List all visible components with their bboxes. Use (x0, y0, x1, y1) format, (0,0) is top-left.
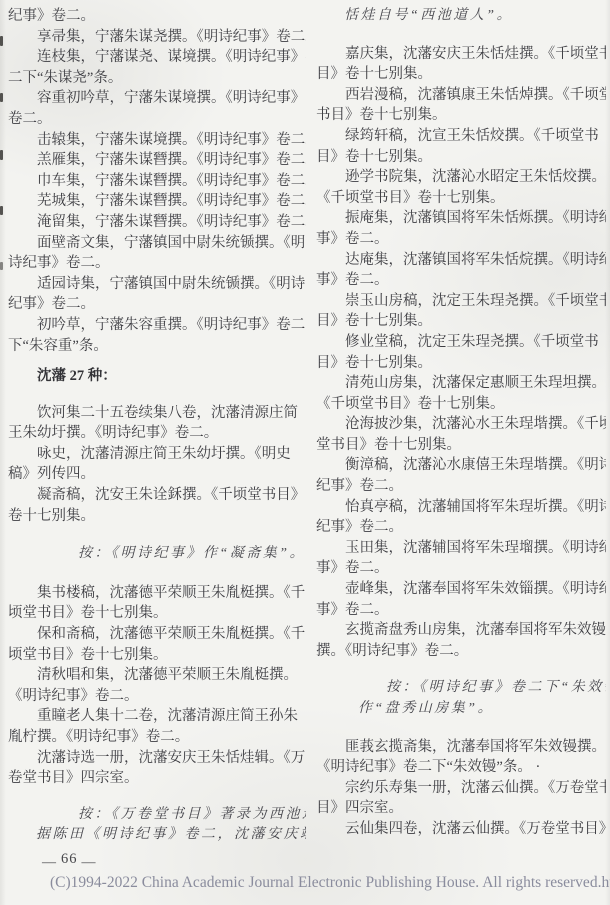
text-line: 书目》卷十七别集。 (316, 105, 606, 126)
annotation-line: 据陈田《明诗纪事》卷二，沈藩安庆端懿王 (8, 825, 306, 846)
text-line: 《明诗纪事》卷二。 (8, 686, 306, 707)
text-line: 《明诗纪事》卷二下“朱效镘”条。 · (316, 757, 606, 778)
text-line: 纪事》卷二。 (316, 517, 606, 538)
text-line: 修业堂稿，沈定王朱珵尧撰。《千顷堂书 (316, 332, 606, 353)
text-line: 沧海披沙集，沈藩沁水王朱珵堦撰。《千顷 (316, 414, 606, 435)
text-line: 事》卷二。 (316, 600, 606, 621)
text-line: 《千顷堂书目》卷十七别集。 (316, 188, 606, 209)
scan-artifact (0, 93, 3, 102)
text-line: 振庵集，沈藩镇国将军朱恬烁撰。《明诗纪 (316, 208, 606, 229)
text-line: 咏史，沈藩清源庄简王朱幼圩撰。《明史 (8, 444, 306, 465)
text-line: 撰。《明诗纪事》卷二。 (316, 641, 606, 662)
text-line: 目》四宗室。 (316, 798, 606, 819)
text-line: 顷堂书目》卷十七别集。 (8, 645, 306, 666)
text-line: 沈藩诗选一册，沈藩安庆王朱恬烓辑。《万 (8, 748, 306, 769)
text-line: 卷堂书目》四宗室。 (8, 768, 306, 789)
scan-artifact (0, 262, 3, 270)
text-line: 饮河集二十五卷续集八卷，沈藩清源庄简 (8, 403, 306, 424)
text-line: 纪事》卷二。 (8, 294, 306, 315)
text-line: 卷二。 (8, 109, 306, 130)
text-line: 面壁斋文集，宁藩镇国中尉朱统锧撰。《明 (8, 233, 306, 254)
text-line: 目》卷十七别集。 (316, 311, 606, 332)
text-line: 事》卷二。 (316, 270, 606, 291)
text-line: 初吟草，宁藩朱容重撰。《明诗纪事》卷二 (8, 315, 306, 336)
text-line: 下“朱容重”条。 (8, 336, 306, 357)
page-number: —66— (38, 855, 101, 872)
text-line: 壶峰集，沈藩奉国将军朱效锱撰。《明诗纪 (316, 579, 606, 600)
text-line: 重瞳老人集十二卷，沈藩清源庄简王孙朱 (8, 706, 306, 727)
text-line: 云仙集四卷，沈藩云仙撰。《万卷堂书目》 (316, 819, 606, 840)
text-line: 顷堂书目》卷十七别集。 (8, 603, 306, 624)
annotation-line: 按：《万卷堂书目》著录为西池道人。 (8, 805, 306, 826)
section-heading: 沈藩 27 种： (8, 366, 306, 387)
text-line: 事》卷二。 (316, 558, 606, 579)
text-line: 嘉庆集，沈藩安庆王朱恬烓撰。《千顷堂书 (316, 44, 606, 65)
copyright-watermark: (C)1994-2022 China Academic Journal Elec… (50, 874, 610, 892)
page-number-dash: — (38, 855, 61, 870)
text-line: 王朱幼圩撰。《明诗纪事》卷二。 (8, 423, 306, 444)
scan-artifact (0, 206, 3, 215)
scan-artifact (0, 36, 3, 46)
annotation-line: 作“盘秀山房集”。 (316, 699, 606, 720)
page-number-dash: — (78, 855, 101, 870)
page-column-left: 纪事》卷二。享帚集，宁藩朱谋尧撰。《明诗纪事》卷二。连枝集，宁藩谋尧、谋境撰。《… (8, 6, 306, 846)
text-line: 芜城集，宁藩朱谋㬜撰。《明诗纪事》卷二。 (8, 191, 306, 212)
text-line: 卷十七别集。 (8, 506, 306, 527)
text-line: 巾车集，宁藩朱谋㬜撰。《明诗纪事》卷二。 (8, 171, 306, 192)
text-line: 达庵集，沈藩镇国将军朱恬烷撰。《明诗纪 (316, 250, 606, 271)
text-line: 目》卷十七别集。 (316, 64, 606, 85)
copyright-text: (C)1994-2022 China Academic Journal Elec… (50, 874, 601, 892)
text-line: 宗约乐寿集一册，沈藩云仙撰。《万卷堂书 (316, 778, 606, 799)
text-line: 堂书目》卷十七别集。 (316, 435, 606, 456)
annotation-line: 按：《明诗纪事》作“凝斋集”。 (8, 544, 306, 565)
page-column-right: 恬烓自号“西池道人”。嘉庆集，沈藩安庆王朱恬烓撰。《千顷堂书目》卷十七别集。西岩… (316, 6, 606, 840)
text-line: 逊学书院集，沈藩沁水昭定王朱恬烄撰。 (316, 167, 606, 188)
text-line: 淹留集，宁藩朱谋㬜撰。《明诗纪事》卷二。 (8, 212, 306, 233)
text-line: 匪莪玄揽斋集，沈藩奉国将军朱效镘撰。 (316, 737, 606, 758)
text-line: 容重初吟草，宁藩朱谋境撰。《明诗纪事》 (8, 88, 306, 109)
text-line: 羔雁集，宁藩朱谋㬜撰。《明诗纪事》卷二。 (8, 150, 306, 171)
text-line: 怡真亭稿，沈藩辅国将军朱珵圻撰。《明诗 (316, 497, 606, 518)
text-line: 凝斋稿，沈安王朱诠鉌撰。《千顷堂书目》 (8, 485, 306, 506)
scan-artifact (0, 150, 3, 160)
annotation-line: 恬烓自号“西池道人”。 (316, 6, 606, 27)
text-line: 目》卷十七别集。 (316, 353, 606, 374)
text-line: 保和斋稿，沈藩德平荣顺王朱胤梃撰。《千 (8, 624, 306, 645)
text-line: 《千顷堂书目》卷十七别集。 (316, 394, 606, 415)
text-line: 稿》列传四。 (8, 464, 306, 485)
text-line: 连枝集，宁藩谋尧、谋境撰。《明诗纪事》卷 (8, 47, 306, 68)
text-line: 目》卷十七别集。 (316, 147, 606, 168)
text-line: 玉田集，沈藩辅国将军朱珵塯撰。《明诗纪 (316, 538, 606, 559)
page-number-value: 66 (61, 851, 78, 867)
text-line: 西岩漫稿，沈藩镇康王朱恬焯撰。《千顷堂 (316, 85, 606, 106)
text-line: 清秋唱和集，沈藩德平荣顺王朱胤梃撰。 (8, 665, 306, 686)
text-line: 事》卷二。 (316, 229, 606, 250)
text-line: 胤柠撰。《明诗纪事》卷二。 (8, 727, 306, 748)
text-line: 清苑山房集，沈藩保定惠顺王朱珵坦撰。 (316, 373, 606, 394)
text-line: 纪事》卷二。 (316, 476, 606, 497)
text-line: 享帚集，宁藩朱谋尧撰。《明诗纪事》卷二。 (8, 27, 306, 48)
text-line: 绿筠轩稿，沈宣王朱恬烄撰。《千顷堂书 (316, 126, 606, 147)
text-line: 玄揽斋盘秀山房集，沈藩奉国将军朱效镘 (316, 620, 606, 641)
text-line: 集书楼稿，沈藩德平荣顺王朱胤梃撰。《千 (8, 583, 306, 604)
text-line: 衡漳稿，沈藩沁水康僖王朱珵堦撰。《明诗 (316, 455, 606, 476)
text-line: 二下“朱谋尧”条。 (8, 68, 306, 89)
text-line: 崇玉山房稿，沈定王朱珵尧撰。《千顷堂书 (316, 291, 606, 312)
text-line: 纪事》卷二。 (8, 6, 306, 27)
annotation-line: 按：《明诗纪事》卷二下“朱效镘”条又 (316, 678, 606, 699)
text-line: 击辕集，宁藩朱谋境撰。《明诗纪事》卷二。 (8, 130, 306, 151)
text-line: 诗纪事》卷二。 (8, 253, 306, 274)
copyright-url: http://www (601, 874, 610, 892)
text-line: 适园诗集，宁藩镇国中尉朱统锧撰。《明诗 (8, 274, 306, 295)
